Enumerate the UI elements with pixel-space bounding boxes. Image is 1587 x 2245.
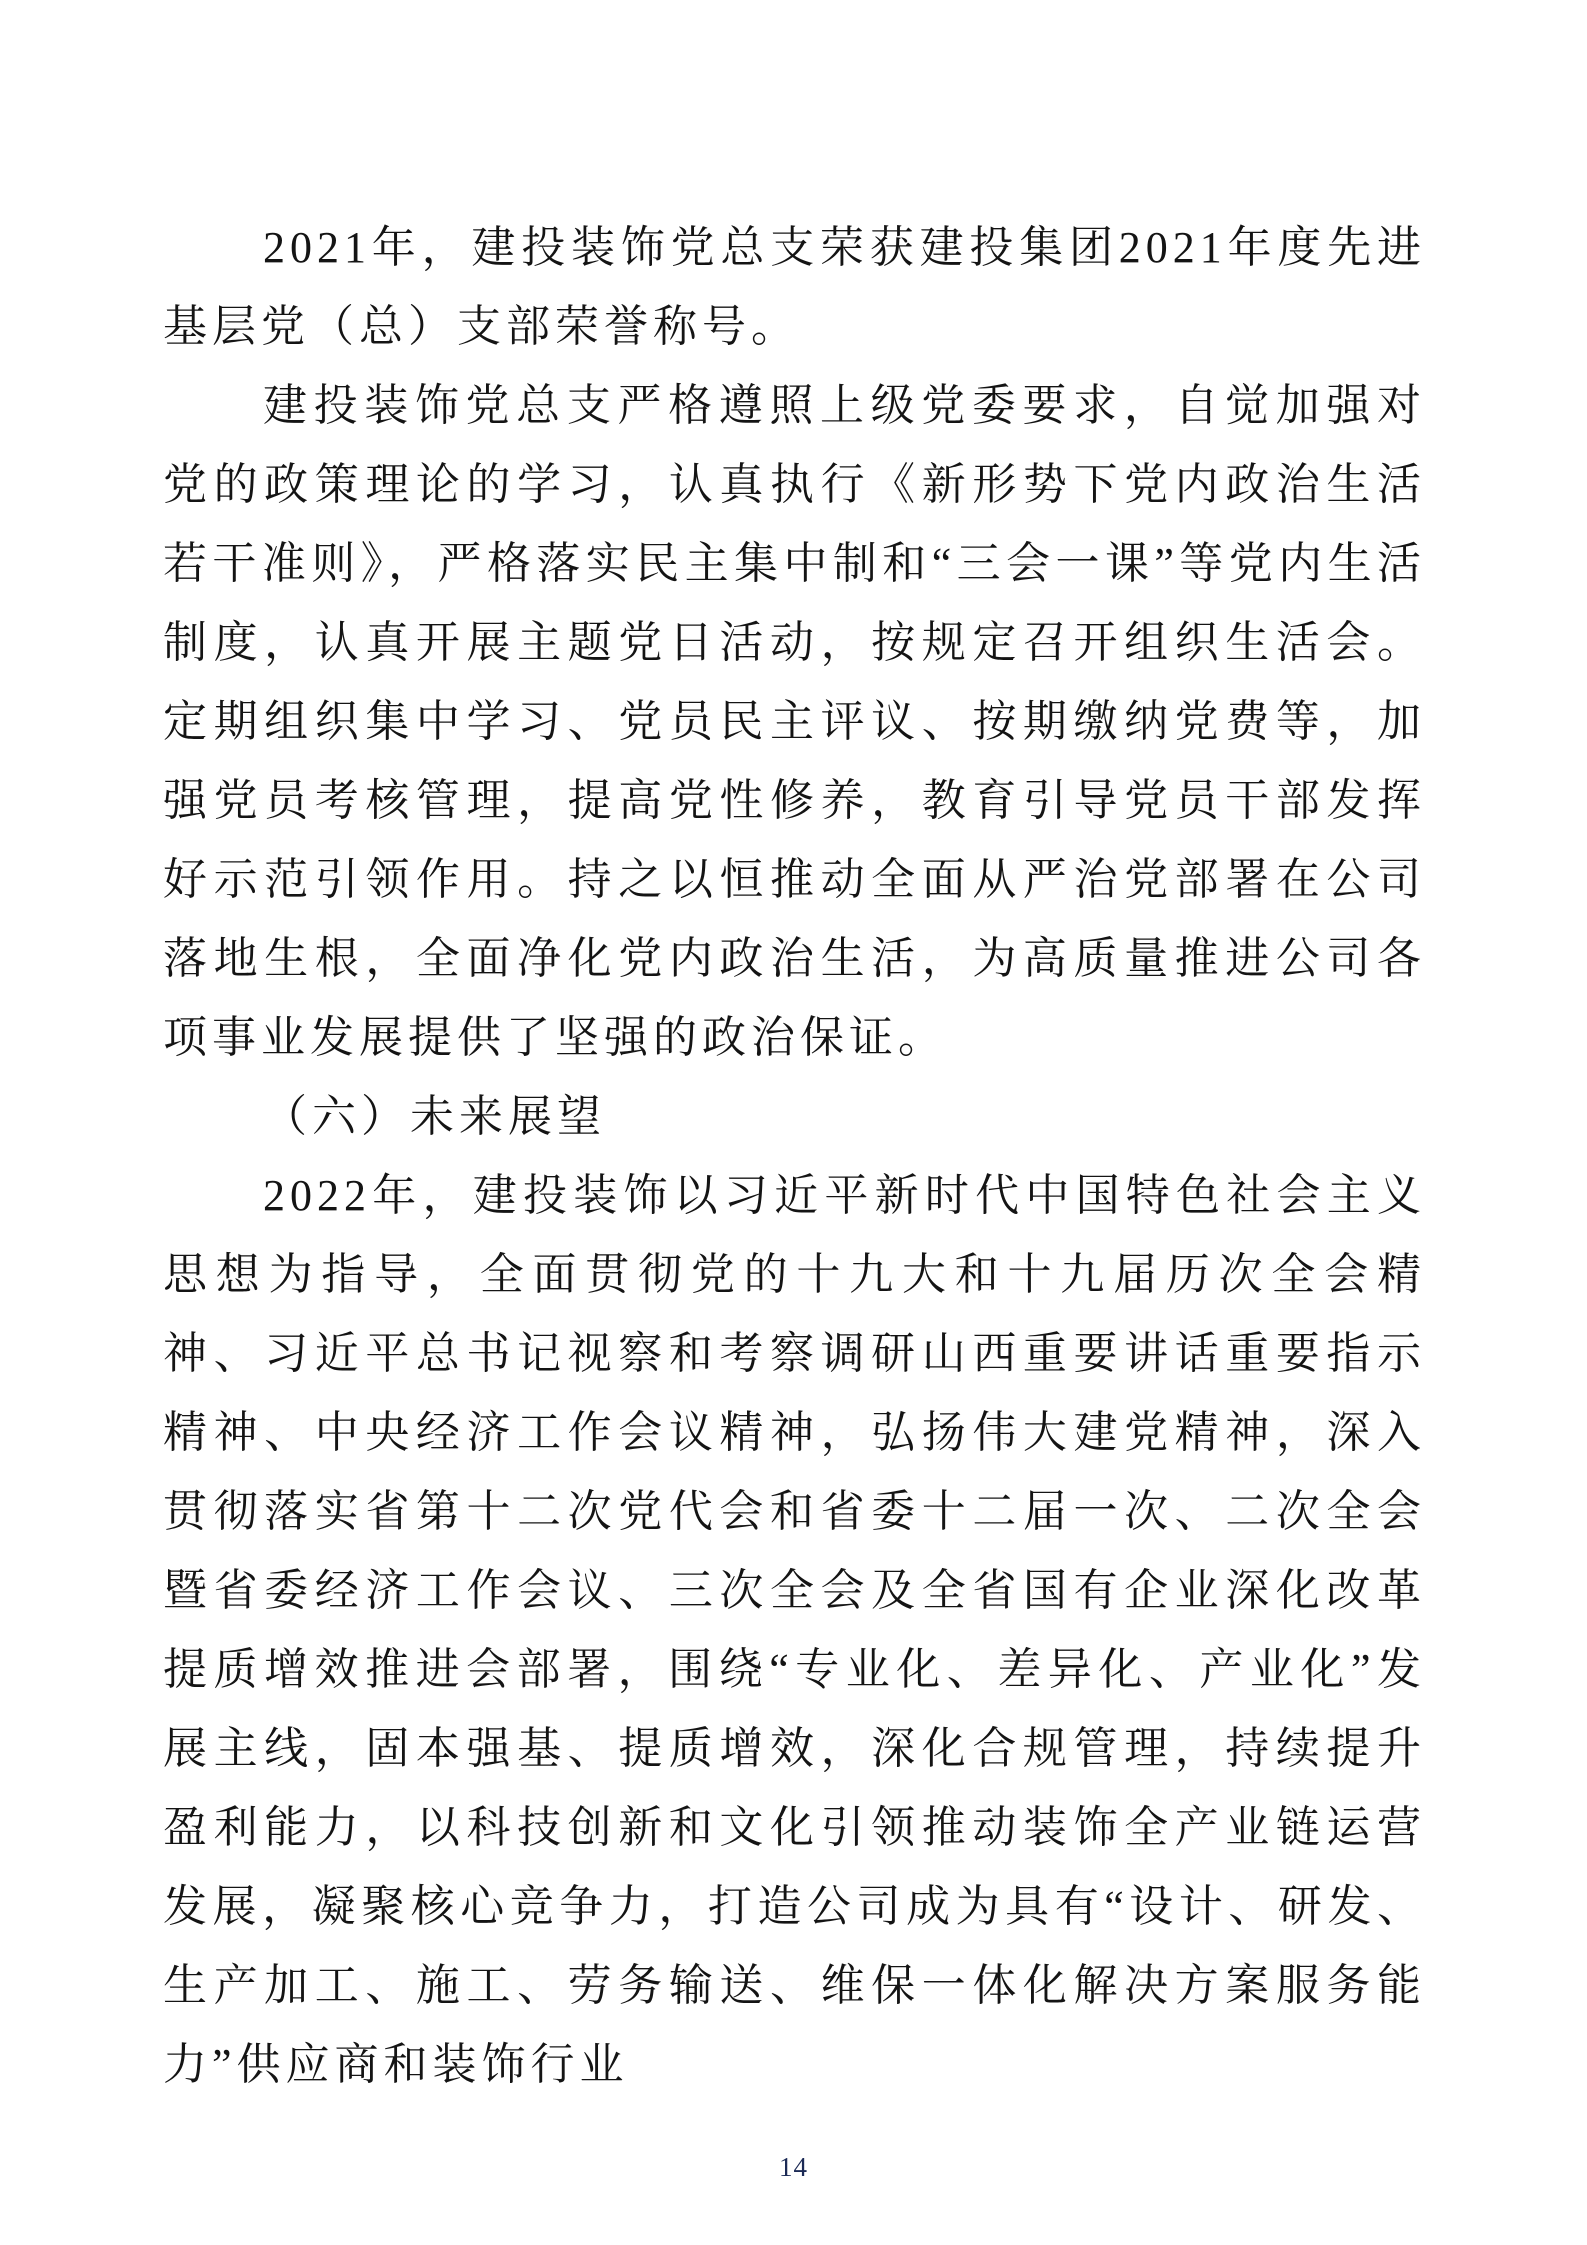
page-number: 14 <box>779 2152 808 2182</box>
paragraph-party-branch-work: 建投装饰党总支严格遵照上级党委要求，自觉加强对党的政策理论的学习，认真执行《新形… <box>163 366 1426 1077</box>
section-heading-future-outlook: （六）未来展望 <box>163 1077 1426 1156</box>
page-footer: 14 <box>0 2152 1587 2183</box>
document-page: 2021年，建投装饰党总支荣获建投集团2021年度先进基层党（总）支部荣誉称号。… <box>0 0 1587 2245</box>
paragraph-award-2021: 2021年，建投装饰党总支荣获建投集团2021年度先进基层党（总）支部荣誉称号。 <box>163 208 1426 366</box>
document-body: 2021年，建投装饰党总支荣获建投集团2021年度先进基层党（总）支部荣誉称号。… <box>163 208 1426 2104</box>
paragraph-2022-plan: 2022年，建投装饰以习近平新时代中国特色社会主义思想为指导，全面贯彻党的十九大… <box>163 1156 1426 2104</box>
